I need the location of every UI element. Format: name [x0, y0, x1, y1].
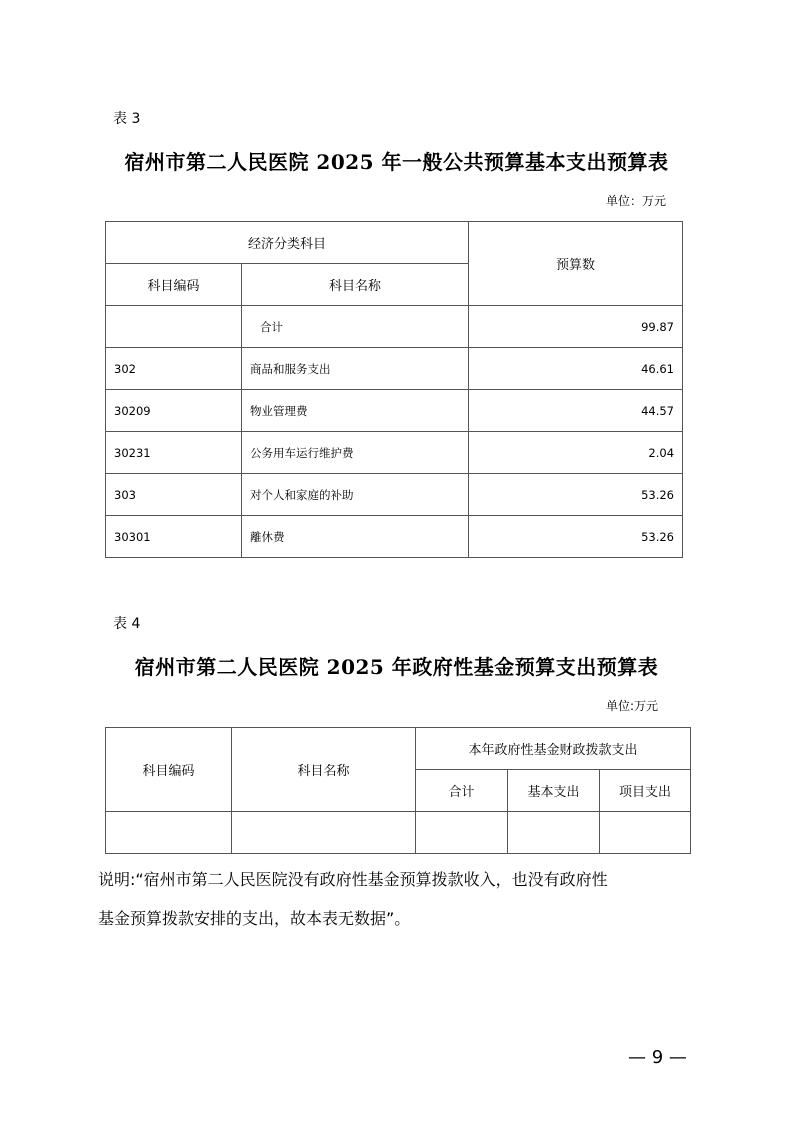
table3-unit: 单位：万元: [606, 192, 666, 209]
cell-name: 对个人和家庭的补助: [242, 474, 469, 516]
table4-title: 宿州市第二人民医院 2025 年政府性基金预算支出预算表: [0, 651, 793, 680]
cell-code: 303: [106, 474, 242, 516]
header-code: 科目编码: [106, 264, 242, 306]
cell-name: 物业管理费: [242, 390, 469, 432]
table-row: 30301 離休费 53.26: [106, 516, 683, 558]
header-economic-category: 经济分类科目: [106, 222, 469, 264]
table3-title: 宿州市第二人民医院 2025 年一般公共预算基本支出预算表: [0, 146, 793, 175]
cell-name: 公务用车运行维护费: [242, 432, 469, 474]
cell-code: 30231: [106, 432, 242, 474]
cell-name: 離休费: [242, 516, 469, 558]
note-line-1: 说明:“宿州市第二人民医院没有政府性基金预算拨款收入，也没有政府性: [98, 860, 708, 899]
table-row: 30231 公务用车运行维护费 2.04: [106, 432, 683, 474]
header-basic: 基本支出: [508, 770, 600, 812]
cell-code: [106, 306, 242, 348]
header-name: 科目名称: [242, 264, 469, 306]
table4: 科目编码 科目名称 本年政府性基金财政拨款支出 合计 基本支出 项目支出: [105, 727, 691, 854]
page-number: — 9 —: [628, 1047, 687, 1068]
table-row: 合计 99.87: [106, 306, 683, 348]
cell-total: [416, 812, 508, 854]
header-code: 科目编码: [106, 728, 232, 812]
cell-amount: 99.87: [469, 306, 683, 348]
table-row: 303 对个人和家庭的补助 53.26: [106, 474, 683, 516]
header-total: 合计: [416, 770, 508, 812]
table4-label: 表 4: [113, 613, 140, 633]
header-project: 项目支出: [600, 770, 691, 812]
explanation-note: 说明:“宿州市第二人民医院没有政府性基金预算拨款收入，也没有政府性 基金预算拨款…: [98, 860, 708, 938]
cell-code: 30209: [106, 390, 242, 432]
table4-unit: 单位:万元: [606, 697, 658, 714]
cell-amount: 53.26: [469, 516, 683, 558]
table3-label: 表 3: [113, 108, 140, 128]
header-budget-amount: 预算数: [469, 222, 683, 306]
cell-code: 302: [106, 348, 242, 390]
cell-basic: [508, 812, 600, 854]
table-row: [106, 812, 691, 854]
cell-project: [600, 812, 691, 854]
table-row: 30209 物业管理费 44.57: [106, 390, 683, 432]
header-fund-expenditure: 本年政府性基金财政拨款支出: [416, 728, 691, 770]
cell-name: [232, 812, 416, 854]
cell-amount: 46.61: [469, 348, 683, 390]
table3: 经济分类科目 预算数 科目编码 科目名称 合计 99.87 302 商品和服务支…: [105, 221, 683, 558]
cell-code: [106, 812, 232, 854]
note-line-2: 基金预算拨款安排的支出，故本表无数据”。: [98, 899, 708, 938]
table-row: 302 商品和服务支出 46.61: [106, 348, 683, 390]
cell-code: 30301: [106, 516, 242, 558]
cell-amount: 44.57: [469, 390, 683, 432]
cell-amount: 53.26: [469, 474, 683, 516]
cell-name: 合计: [242, 306, 469, 348]
cell-name: 商品和服务支出: [242, 348, 469, 390]
header-name: 科目名称: [232, 728, 416, 812]
cell-amount: 2.04: [469, 432, 683, 474]
